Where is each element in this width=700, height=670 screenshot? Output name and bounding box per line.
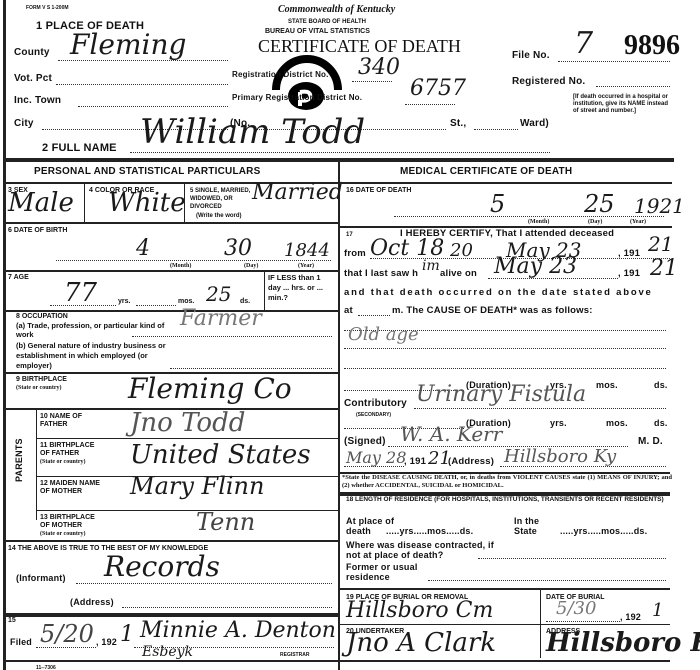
bureau-heading: BUREAU OF VITAL STATISTICS (265, 28, 370, 35)
alive-year-prefix: , 191 (618, 268, 640, 279)
filed-year: 1 (120, 622, 134, 647)
from-label: from (344, 248, 366, 259)
reg-district-label: Registration District No. (232, 70, 329, 79)
dod-day: 25 (584, 190, 615, 218)
in-state-label: In the State (514, 516, 554, 536)
undertaker-address-value: Hillsboro Ky (546, 628, 700, 658)
dod-month: 5 (490, 190, 505, 218)
mother-birthplace-label: 13 BIRTHPLACE OF MOTHER (40, 514, 106, 530)
marital-note: (Write the word) (196, 212, 242, 220)
dob-year: 1844 (284, 240, 330, 261)
column-divider (338, 160, 340, 670)
sex-value: Male (8, 188, 74, 218)
file-no-stamped: 9896 (624, 30, 680, 62)
dob-day-caption: (Day) (244, 262, 258, 270)
full-name-label: 2 FULL NAME (42, 142, 117, 154)
less-than-label: IF LESS than 1 day ... hrs. or ... min.? (268, 273, 334, 303)
duration-yrs-2: yrs. (550, 418, 567, 428)
father-birthplace-sub: (State or country) (40, 458, 86, 466)
dob-month-caption: (Month) (170, 262, 191, 270)
burial-year: 1 (652, 600, 663, 621)
occupation-b-label: (b) General nature of industry business … (16, 341, 176, 371)
signed-label: (Signed) (344, 436, 386, 447)
dob-label: 6 DATE OF BIRTH (8, 227, 67, 235)
age-days: 25 (206, 282, 231, 306)
from-year: 20 (450, 240, 473, 261)
full-name-value: William Todd (140, 112, 365, 152)
duration-ds-2: ds. (654, 418, 668, 428)
duration-mos-1: mos. (596, 380, 618, 390)
duration-ds-1: ds. (654, 380, 668, 390)
dob-month: 4 (136, 236, 150, 261)
birthplace-label: 9 BIRTHPLACE (16, 376, 67, 384)
dod-day-caption: (Day) (588, 218, 602, 226)
alive-on-value: May 23 (494, 254, 577, 279)
hospital-note: [If death occurred in a hospital or inst… (573, 94, 669, 115)
mother-name-value: Mary Flinn (130, 472, 264, 500)
registrar-label: REGISTRAR (280, 651, 309, 659)
secondary-label: (SECONDARY) (356, 411, 391, 419)
father-name-label: 10 NAME OF FATHER (40, 413, 100, 429)
alive-on-label: alive on (440, 268, 477, 279)
birthplace-value: Fleming Co (128, 372, 292, 405)
st-label: St., (450, 118, 466, 129)
primary-reg-label: Primary Registration District No. (232, 93, 362, 102)
commonwealth-heading: Commonwealth of Kentucky (278, 4, 395, 15)
registered-no-label: Registered No. (512, 76, 585, 87)
dod-year: 1921 (634, 194, 685, 218)
marital-label: 5 SINGLE, MARRIED, WIDOWED, OR DIVORCED (190, 187, 254, 211)
contributory-label: Contributory (344, 398, 407, 409)
contributory-value: Urinary Fistula (416, 382, 586, 407)
to-year: 21 (648, 232, 673, 256)
marital-value: Married (252, 180, 343, 205)
informant-address-label: (Address) (70, 597, 114, 607)
city-label: City (14, 118, 34, 129)
medical-section-title: MEDICAL CERTIFICATE OF DEATH (400, 166, 572, 177)
certify-number: 17 (346, 231, 353, 239)
form-number: FORM V S 1-200M (26, 5, 69, 11)
age-yrs-caption: yrs. (118, 298, 130, 306)
age-label: 7 AGE (8, 274, 29, 282)
former-residence-label: Former or usual residence (346, 562, 446, 582)
dob-year-caption: (Year) (298, 262, 314, 270)
dob-day: 30 (224, 236, 252, 261)
county-label: County (14, 47, 50, 58)
signed-address-label: (Address) (448, 456, 494, 467)
to-year-prefix: , 191 (618, 248, 640, 259)
cause-value: Old age (348, 324, 419, 345)
burial-date-value: 5/30 (556, 598, 596, 619)
county-value: Fleming (70, 28, 186, 61)
duration-mos-2: mos. (606, 418, 628, 428)
at-label: at (344, 305, 353, 316)
cause-text: m. The CAUSE OF DEATH* was as follows: (392, 305, 593, 316)
informant-value: Records (104, 550, 220, 583)
board-heading: STATE BOARD OF HEALTH (288, 19, 366, 25)
informant-label: (Informant) (16, 573, 66, 583)
signed-address-value: Hillsboro Ky (504, 446, 616, 467)
age-mos-caption: mos. (178, 298, 194, 306)
occupation-value: Farmer (180, 306, 262, 331)
reg-district-value: 340 (358, 55, 400, 80)
footer-code: 11--7306 (36, 664, 56, 670)
father-birthplace-value: United States (130, 440, 311, 470)
registrar-signature: Minnie A. Denton (140, 618, 336, 643)
father-name-value: Jno Todd (130, 408, 245, 438)
mother-name-label: 12 MAIDEN NAME OF MOTHER (40, 480, 110, 496)
file-no-handwritten: 7 (574, 26, 593, 61)
signed-value: W. A. Kerr (400, 422, 502, 446)
dod-month-caption: (Month) (528, 218, 549, 226)
in-state-duration: .....yrs.....mos.....ds. (560, 526, 647, 536)
filed-number: 15 (8, 617, 16, 625)
signed-date: May 28 (346, 448, 406, 467)
dod-label: 16 DATE OF DEATH (346, 187, 411, 195)
ward-label: Ward) (520, 118, 549, 129)
occupation-label: 8 OCCUPATION (16, 313, 68, 321)
burial-year-prefix: , 192 (620, 612, 641, 622)
mother-birthplace-sub: (State or country) (40, 530, 86, 538)
last-saw-pronoun: im (422, 258, 440, 274)
alive-year: 21 (650, 256, 678, 281)
birthplace-sub: (State or country) (16, 384, 62, 392)
mother-birthplace-value: Tenn (196, 508, 255, 536)
personal-section-title: PERSONAL AND STATISTICAL PARTICULARS (34, 166, 260, 177)
parents-label: PARENTS (14, 452, 24, 482)
signed-year-prefix: , 191 (404, 456, 426, 467)
contracted-label: Where was disease contracted, if not at … (346, 540, 506, 560)
occurred-text: and that death occurred on the date stat… (344, 287, 653, 298)
md-label: M. D. (638, 436, 663, 447)
filed-date: 5/20 (40, 620, 94, 648)
primary-reg-value: 6757 (410, 76, 466, 101)
registrar-signature-2: Esbeyk (142, 644, 193, 660)
burial-place-value: Hillsboro Cm (346, 598, 493, 623)
inc-town-label: Inc. Town (14, 95, 61, 106)
left-border (3, 0, 6, 670)
last-saw-label: that I last saw h (344, 268, 418, 279)
cause-footnote: *State the DISEASE CAUSING DEATH, or, in… (342, 474, 672, 490)
residence-label: 18 LENGTH OF RESIDENCE (FOR HOSPITALS, I… (346, 496, 666, 504)
undertaker-value: Jno A Clark (346, 628, 496, 658)
dod-year-caption: (Year) (630, 218, 646, 226)
file-no-label: File No. (512, 50, 550, 61)
age-ds-caption: ds. (240, 298, 250, 306)
at-place-duration: .....yrs.....mos.....ds. (386, 526, 473, 536)
age-years: 77 (64, 278, 97, 308)
vot-pct-label: Vot. Pct (14, 73, 52, 84)
color-value: White (108, 188, 186, 218)
filed-label: Filed (10, 637, 32, 647)
filed-year-prefix: , 192 (96, 637, 117, 647)
father-birthplace-label: 11 BIRTHPLACE OF FATHER (40, 442, 106, 458)
